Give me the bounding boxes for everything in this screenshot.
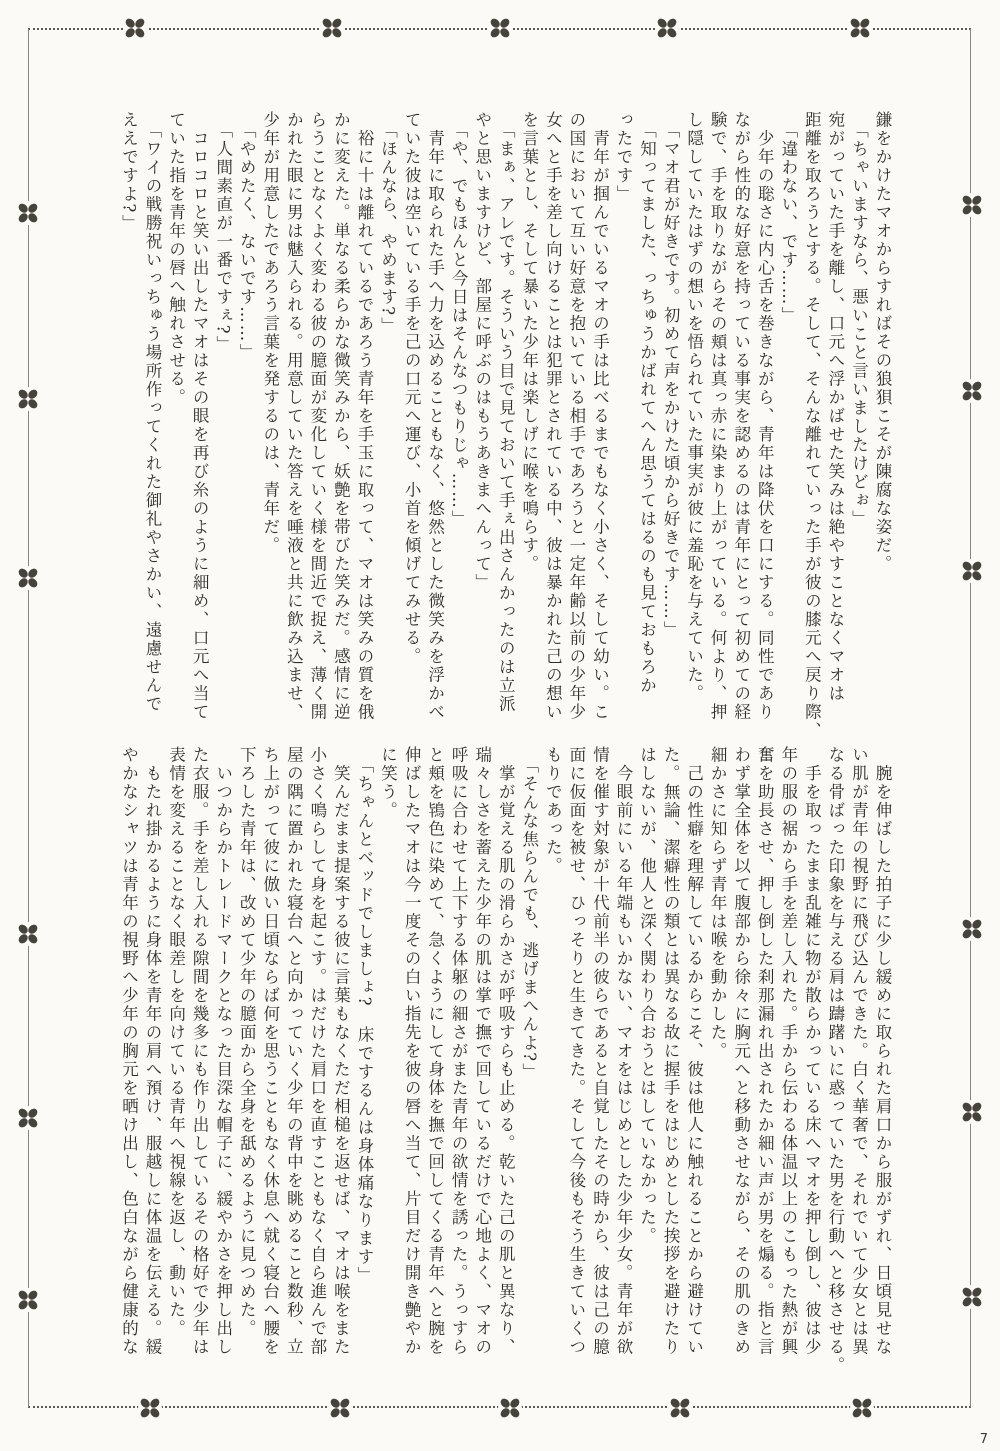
text-column: 細かさに知らず青年は喉を動かした。 — [706, 746, 730, 1376]
page-number: 7 — [980, 1432, 988, 1447]
text-column: ち上がって彼に倣い日頃ならば何を思うこともなく休息へ就く寝台へ腰を — [258, 746, 282, 1376]
text-column: 験で、手を取りながらその頬は真っ赤に染まり上がっている。何より、押 — [706, 111, 730, 741]
flower-ornament-icon — [319, 15, 345, 41]
flower-ornament-icon — [15, 921, 41, 947]
text-column: 「まぁ、アレです。そういう目で見ておいて手ぇ出さんかったのは立派 — [494, 111, 518, 741]
text-column: コロコロと笑い出したマオはその眼を再び糸のように細め、口元へ当て — [188, 111, 212, 741]
text-column: い肌が青年の視野に飛び込んできた。白く華奢で、それでいて少女とは異 — [847, 746, 871, 1376]
flower-ornament-icon — [15, 386, 41, 412]
text-column: 距離を取ろうとする。そして、そんな離れていった手が彼の膝元へ戻り際、 — [800, 111, 824, 741]
text-column: 己の性癖を理解しているからこそ、彼は他人に触れることから避けてい — [682, 746, 706, 1376]
flower-ornament-icon — [15, 1287, 41, 1313]
flower-ornament-icon — [959, 378, 985, 404]
text-column: ていた彼は空いている手を己の口元へ運び、小首を傾げてみせる。 — [400, 111, 424, 741]
flower-ornament-icon — [959, 1099, 985, 1125]
text-column: 笑んだまま提案する彼に言葉もなくただ相槌を返せば、マオは喉をまた — [329, 746, 353, 1376]
flower-ornament-icon — [122, 15, 148, 41]
text-column: 年の服の裾から手を差し入れた。手から伝わる体温以上のこもった熱が興 — [776, 746, 800, 1376]
text-column: 鎌をかけたマオからすればその狼狽こそが陳腐な姿だ。 — [870, 111, 894, 741]
flower-ornament-icon — [15, 1105, 41, 1131]
text-column: 小さく鳴らして身を起こす。はだけた肩口を直すこともなく自ら進んで部 — [305, 746, 329, 1376]
text-column: 掌が覚える肌の滑らかさが呼吸すらも止める。乾いた己の肌と異なり、 — [494, 746, 518, 1376]
text-column: 宛がっていた手を離し、口元へ浮かばせた笑みは絶やすことなくマオは — [823, 111, 847, 741]
text-column: 「ちゃいますなら、悪いこと言いましたけどぉ」 — [847, 111, 871, 741]
text-column: 「知ってました、っちゅうかばれてへん思うてはるのも見ておもろか — [635, 111, 659, 741]
text-column: 伸ばしたマオは今一度その白い指先を彼の唇へ当て、片目だけ開き艶やか — [400, 746, 424, 1376]
flower-ornament-icon — [959, 558, 985, 584]
text-column: 青年が掴んでいるマオの手は比べるまでもなく小さく、そして幼い。こ — [588, 111, 612, 741]
text-column: 面に仮面を被せ、ひっそりと生きてきた。そして今後もそう生きていくつ — [564, 746, 588, 1376]
text-column: もりであった。 — [541, 746, 565, 1376]
text-column: ながら性的な好意を持っている事実を認めるのは青年にとって初めての経 — [729, 111, 753, 741]
text-column: やと思いますけど、部屋に呼ぶのはもうあきまへんって」 — [470, 111, 494, 741]
flower-ornament-icon — [15, 200, 41, 226]
text-column: もたれ掛かるように身体を青年の肩へ預け、服越しに体温を伝える。緩 — [141, 746, 165, 1376]
text-column: ったです」 — [611, 111, 635, 741]
text-column: 呼吸に合わせて上下する体躯の細さがまた青年の欲情を誘った。うっすら — [447, 746, 471, 1376]
text-column: 表情を変えることなく眼差しを向けている青年へ視線を返し、動いた。 — [164, 746, 188, 1376]
text-column: 「ちゃんとベッドでしましょ? 床でするんは身体痛なります」 — [352, 746, 376, 1376]
text-column: ていた指を青年の唇へ触れさせる。 — [164, 111, 188, 741]
text-column: やかなシャツは青年の視野へ少年の胸元を晒け出し、色白ながら健康的な — [117, 746, 141, 1376]
text-column: いつからかトレードマークとなった目深な帽子に、緩やかさを押し出し — [211, 746, 235, 1376]
flower-ornament-icon — [654, 15, 680, 41]
text-column: と頬を鴇色に染めて、急くようにして身体を撫で回してくる青年へと腕を — [423, 746, 447, 1376]
text-column: なる骨ばった印象を与える肩は躊躇いに惑っていた男を行動へと移させる。 — [823, 746, 847, 1376]
text-column: 裕に十は離れているであろう青年を手玉に取って、マオは笑みの質を俄 — [352, 111, 376, 741]
flower-ornament-icon — [137, 1395, 163, 1421]
text-column: ええですよ?」 — [117, 111, 141, 741]
text-column: 「人間素直が一番ですぇ?」 — [211, 111, 235, 741]
text-column: わず掌全体を以て腹部から徐々に胸元へと移動させながら、その肌のきめ — [729, 746, 753, 1376]
text-column: かれた眼に男は魅入られる。用意していた答えを唾液と共に飲み込ませ、 — [282, 111, 306, 741]
text-block-top: 鎌をかけたマオからすればその狼狽こそが陳腐な姿だ。 「ちゃいますなら、悪いこと言… — [117, 111, 894, 741]
text-column: 「マオ君が好きです。初めて声をかけた頃から好きです……」 — [659, 111, 683, 741]
text-column: に笑う。 — [376, 746, 400, 1376]
text-column: かに変えた。単なる柔らかな微笑みから、妖艶を帯びた笑みだ。感情に逆 — [329, 111, 353, 741]
flower-ornament-icon — [847, 15, 873, 41]
text-column: 「違わない、です……」 — [776, 111, 800, 741]
text-column: 「そんな焦らんでも、逃げまへんよ?」 — [517, 746, 541, 1376]
text-column: 「ほんなら、やめます?」 — [376, 111, 400, 741]
text-column: 奮を助長させ、押し倒した刹那漏れ出されたか細い声が男を煽る。指と言 — [753, 746, 777, 1376]
text-column: 女へと手を差し向けることは犯罪とされている中、彼は暴かれた己の想い — [541, 111, 565, 741]
text-column: を言葉とし、そして暴いた少年は楽しげに喉を鳴らす。 — [517, 111, 541, 741]
text-column: 瑞々しさを蓄えた少年の肌は掌で撫で回しているだけで心地よく、マオの — [470, 746, 494, 1376]
text-column: 手を取ったまま乱雑に物が散らかっている床へマオを押し倒し、彼は少 — [800, 746, 824, 1376]
flower-ornament-icon — [15, 565, 41, 591]
text-column: 今眼前にいる年端もいかない、マオをはじめとした少年少女。青年が欲 — [611, 746, 635, 1376]
text-column: た。無論、潔癖性の類とは異なる故に握手をはじめとした挨拶を避けたり — [659, 746, 683, 1376]
text-column: 情を催す対象が十代前半の彼らであると自覚したその時から、彼は己の臆 — [588, 746, 612, 1376]
text-column: 「や、でもほんと今日はそんなつもりじゃ……」 — [447, 111, 471, 741]
flower-ornament-icon — [327, 1395, 353, 1421]
text-column: 「ワイの戦勝祝いっちゅう場所作ってくれた御礼やさかい、遠慮せんで — [141, 111, 165, 741]
text-column: 下ろした青年は、改めて少年の臆面から全身を舐めるように見つめた。 — [235, 746, 259, 1376]
text-column: 屋の隅に置かれた寝台へと向かっていく少年の背中を眺めること数秒、立 — [282, 746, 306, 1376]
flower-ornament-icon — [487, 15, 513, 41]
flower-ornament-icon — [849, 1395, 875, 1421]
text-column: 少年が用意したであろう言葉を発するのは、青年だ。 — [258, 111, 282, 741]
flower-ornament-icon — [959, 916, 985, 942]
text-column: 腕を伸ばした拍子に少し緩めに取られた肩口から服がずれ、日頃見せな — [870, 746, 894, 1376]
text-column: し隠していたはずの想いを悟られていた事実が彼に羞恥を与えていた。 — [682, 111, 706, 741]
text-column: 青年に取られた手へ力を込めることもなく、悠然とした微笑みを浮かべ — [423, 111, 447, 741]
flower-ornament-icon — [667, 1395, 693, 1421]
text-column: 少年の聡さに内心舌を巻きながら、青年は降伏を口にする。同性であり — [753, 111, 777, 741]
text-column: はしないが、他人と深く関わり合おうとはしていなかった。 — [635, 746, 659, 1376]
text-column: た衣服。手を差し入れる隙間を幾多にも作り出しているその格好で少年は — [188, 746, 212, 1376]
text-column: の国において互い好意を抱いている相手であろうと一定年齢以前の少年少 — [564, 111, 588, 741]
text-column: らうことなくよく変わる彼の臆面が変化していく様を間近で捉え、薄く開 — [305, 111, 329, 741]
flower-ornament-icon — [497, 1395, 523, 1421]
flower-ornament-icon — [959, 192, 985, 218]
text-block-bottom: 腕を伸ばした拍子に少し緩めに取られた肩口から服がずれ、日頃見せない肌が青年の視野… — [117, 746, 894, 1376]
flower-ornament-icon — [959, 1284, 985, 1310]
text-column: 「やめたく、ないです……」 — [235, 111, 259, 741]
